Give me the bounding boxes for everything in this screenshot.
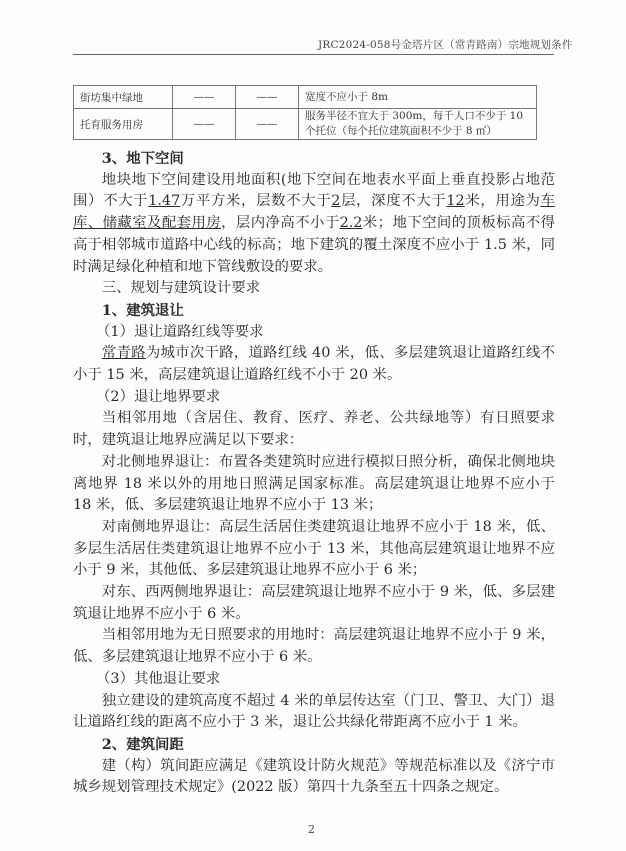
boundary-south-paragraph: 对南侧地界退让：高层生活居住类建筑退让地界不应小于 18 米，低、多层生活居住类… [73, 517, 555, 582]
road-setback-heading: （1）退让道路红线等要求 [73, 322, 555, 344]
table-cell-name: 街坊集中绿地 [74, 86, 173, 109]
text: ，层内净高不小于 [221, 215, 339, 231]
boundary-nosun-paragraph: 当相邻用地为无日照要求的用地时：高层建筑退让地界不应小于 9 米，低、多层建筑退… [73, 625, 555, 668]
text: 为城市次干路，道路红线 40 米，低、多层建筑退让道路红线不小于 15 米，高层… [73, 345, 555, 383]
text: 米，用途为 [465, 193, 541, 209]
table-row: 街坊集中绿地 —— —— 宽度不应小于 8m [74, 86, 537, 109]
other-setback-heading: （3）其他退让要求 [73, 669, 555, 691]
boundary-paragraph: 当相邻用地（含居住、教育、医疗、养老、公共绿地等）有日照要求时，建筑退让地界应满… [73, 408, 555, 451]
table-row: 托育服务用房 —— —— 服务半径不宜大于 300m，每千人口不少于 10 个托… [74, 109, 537, 140]
table-cell-note: 服务半径不宜大于 300m，每千人口不少于 10 个托位（每个托位建筑面积不少于… [299, 109, 537, 140]
table-cell-dash: —— [236, 86, 299, 109]
boundary-north-paragraph: 对北侧地界退让：布置各类建筑时应进行模拟日照分析，确保北侧地块离地界 18 米以… [73, 452, 555, 517]
document-header-title: JRC2024-058号金塔片区（常青路南）宗地规划条件 [318, 37, 573, 52]
boundary-eastwest-paragraph: 对东、西两侧地界退让：高层建筑退让地界不应小于 9 米，低、多层建筑退让地界不应… [73, 582, 555, 625]
table-cell-dash: —— [236, 109, 299, 140]
text: 层，深度不大于 [340, 193, 446, 209]
section-heading-underground: 3、地下空间 [73, 148, 555, 170]
table-cell-dash: —— [173, 109, 236, 140]
other-setback-paragraph: 独立建设的建筑高度不超过 4 米的单层传达室（门卫、警卫、大门）退让道路红线的距… [73, 691, 555, 734]
boundary-setback-heading: （2）退让地界要求 [73, 387, 555, 409]
page-number: 2 [308, 823, 315, 836]
area-value: 1.47 [148, 193, 180, 209]
table-cell-name: 托育服务用房 [74, 109, 173, 140]
header-divider [73, 54, 554, 55]
subsection-heading-spacing: 2、建筑间距 [73, 734, 555, 756]
height-value: 2.2 [340, 215, 363, 231]
requirements-table: 街坊集中绿地 —— —— 宽度不应小于 8m 托育服务用房 —— —— 服务半径… [73, 85, 537, 140]
document-body: 3、地下空间 地块地下空间建设用地面积(地下空间在地表水平面上垂直投影占地范围）… [73, 148, 555, 799]
road-setback-paragraph: 常青路为城市次干路，道路红线 40 米，低、多层建筑退让道路红线不小于 15 米… [73, 343, 555, 386]
road-name: 常青路 [102, 345, 146, 361]
spacing-paragraph: 建（构）筑间距应满足《建筑设计防火规范》等规范标准以及《济宁市城乡规划管理技术规… [73, 756, 555, 799]
subsection-heading-setback: 1、建筑退让 [73, 300, 555, 322]
depth-value: 12 [446, 193, 464, 209]
section-heading-planning: 三、规划与建筑设计要求 [73, 278, 555, 300]
text: 万平方米，层数不大于 [180, 193, 331, 209]
table-cell-dash: —— [173, 86, 236, 109]
table-cell-note: 宽度不应小于 8m [299, 86, 537, 109]
underground-paragraph: 地块地下空间建设用地面积(地下空间在地表水平面上垂直投影占地范围）不大于1.47… [73, 170, 555, 279]
